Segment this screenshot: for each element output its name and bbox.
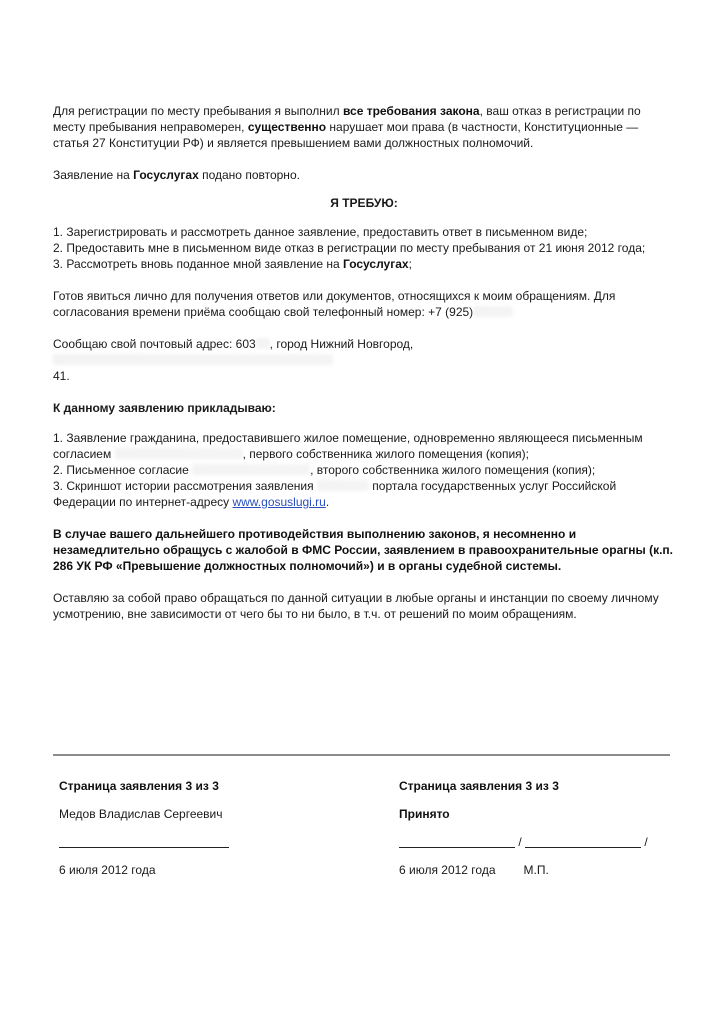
text: 3. Скриншот истории рассмотрения заявлен…: [53, 479, 314, 493]
redacted-name: [115, 448, 243, 459]
text: 3. Рассмотреть вновь поданное мной заявл…: [53, 257, 343, 271]
footer-page-label: Страница заявления 3 из 3: [59, 779, 219, 793]
text: Заявление на: [53, 168, 133, 182]
demand-item: 1. Зарегистрировать и рассмотреть данное…: [53, 224, 673, 240]
bold-text: существенно: [248, 120, 326, 134]
footer-page-label: Страница заявления 3 из 3: [399, 779, 559, 793]
footer-applicant: Страница заявления 3 из 3 Медов Владисла…: [59, 778, 319, 890]
phone-number: +7 (925): [428, 305, 473, 319]
text: , первого собственника жилого помещения …: [243, 447, 529, 461]
text: Готов явиться лично для получения ответо…: [53, 289, 615, 319]
accepted-label: Принято: [399, 807, 450, 821]
applicant-name: Медов Владислав Сергеевич: [59, 806, 319, 834]
redacted-street: [53, 354, 333, 365]
paragraph-requirements: Для регистрации по месту пребывания я вы…: [53, 103, 673, 151]
gosuslugi-link[interactable]: www.gosuslugi.ru: [232, 495, 325, 509]
acceptance-date: 6 июля 2012 года: [399, 863, 496, 877]
footer-acceptance: Страница заявления 3 из 3 Принято / / 6 …: [399, 778, 679, 890]
stamp-place-label: М.П.: [524, 862, 549, 878]
attachment-item: 1. Заявление гражданина, предоставившего…: [53, 430, 673, 462]
redacted-postcode: [256, 338, 270, 349]
text: Для регистрации по месту пребывания я вы…: [53, 104, 343, 118]
demand-list: 1. Зарегистрировать и рассмотреть данное…: [53, 224, 673, 272]
text: .: [326, 495, 329, 509]
slash-separator: /: [644, 835, 647, 849]
attachment-item: 2. Письменное согласие , второго собстве…: [53, 462, 673, 478]
redacted-name: [192, 464, 310, 475]
paragraph-reserve-rights: Оставляю за собой право обращаться по да…: [53, 590, 673, 622]
text: , город Нижний Новгород,: [270, 337, 414, 351]
slash-separator: /: [518, 835, 521, 849]
footer-divider: [53, 754, 670, 756]
bold-text: В случае вашего дальнейшего противодейст…: [53, 527, 673, 573]
paragraph-warning: В случае вашего дальнейшего противодейст…: [53, 526, 673, 574]
attachments-heading: К данному заявлению прикладываю:: [53, 400, 673, 416]
redacted-application-number: [317, 480, 369, 491]
signature-line: [399, 835, 515, 848]
attachments-list: 1. Заявление гражданина, предоставившего…: [53, 430, 673, 510]
paragraph-contact: Готов явиться лично для получения ответо…: [53, 288, 673, 320]
text: подано повторно.: [199, 168, 300, 182]
text: 41.: [53, 369, 70, 383]
text: ;: [409, 257, 412, 271]
signature-line: [59, 835, 229, 848]
acceptance-signature-lines: / /: [399, 834, 679, 862]
signature-line: [525, 835, 641, 848]
bold-text: Госуслугах: [133, 168, 199, 182]
applicant-date: 6 июля 2012 года: [59, 862, 319, 890]
bold-text: все требования закона: [343, 104, 480, 118]
paragraph-gosuslugi: Заявление на Госуслугах подано повторно.: [53, 167, 673, 183]
text: , второго собственника жилого помещения …: [310, 463, 595, 477]
attachment-item: 3. Скриншот истории рассмотрения заявлен…: [53, 478, 673, 510]
demand-item: 3. Рассмотреть вновь поданное мной заявл…: [53, 256, 673, 272]
paragraph-address: Сообщаю свой почтовый адрес: 603, город …: [53, 336, 673, 384]
text: 2. Письменное согласие: [53, 463, 189, 477]
document-page: Для регистрации по месту пребывания я вы…: [53, 103, 673, 638]
demand-item: 2. Предоставить мне в письменном виде от…: [53, 240, 673, 256]
text: Сообщаю свой почтовый адрес: 603: [53, 337, 256, 351]
redacted-phone: [473, 306, 513, 317]
bold-text: Госуслугах: [343, 257, 409, 271]
demand-heading: Я ТРЕБУЮ:: [53, 195, 673, 211]
